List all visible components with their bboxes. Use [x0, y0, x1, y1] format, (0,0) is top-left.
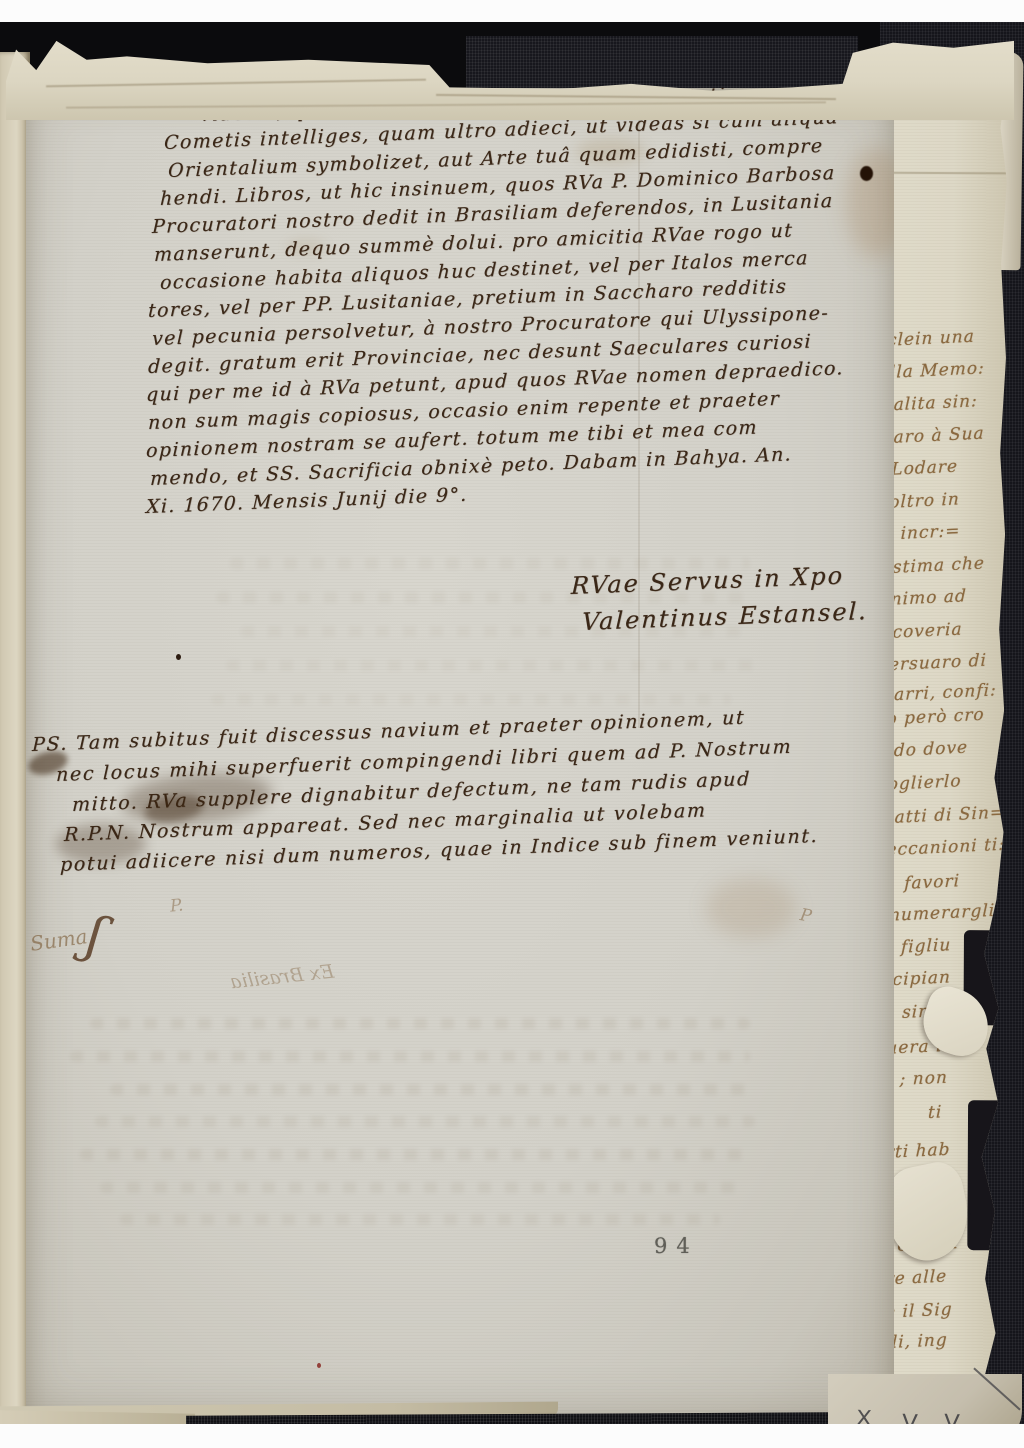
fragment-line: nimo ad: [891, 588, 967, 609]
bottom-left-page-edges: [0, 1410, 195, 1424]
fragment-line: lla Memo:: [890, 360, 985, 382]
stitch-mark: V: [944, 1411, 961, 1424]
fragment-line: oglierlo: [888, 773, 962, 794]
ghost-line: [100, 1182, 740, 1193]
ghost-line: [120, 1214, 720, 1225]
cover-corner: X V V: [828, 1374, 1022, 1424]
page-number-stamp: 94: [654, 1234, 699, 1258]
fragment-line: coveria: [892, 621, 962, 641]
fold-crease: [436, 94, 836, 100]
fragment-line: li, ing: [892, 1332, 948, 1352]
ghost-line: [241, 626, 741, 637]
fragment-line: numerargli: [889, 903, 996, 925]
show-through-ex-brasilia: Ex Brasilia: [229, 961, 335, 994]
stain: [706, 878, 796, 938]
show-through-p: P.: [169, 895, 184, 916]
stitch-mark: V: [902, 1411, 919, 1424]
fragment-line: parri, confi:: [882, 682, 997, 704]
stain: [846, 148, 894, 258]
fragment-line: ualita sin:: [882, 393, 978, 415]
ghost-line: [230, 558, 750, 569]
fragment-line: aro à Sua: [893, 425, 984, 446]
ghost-line: [226, 660, 756, 671]
ghost-line: [216, 592, 756, 603]
fold-crease: [46, 79, 426, 88]
show-through-p-small: P: [798, 905, 813, 927]
main-page: videtur, quemadmodum ex Epistola in diss…: [26, 88, 894, 1414]
fragment-line: rti hab: [886, 1142, 951, 1162]
photo-field: clein una lla Memo: ualita sin: aro à Su…: [0, 22, 1024, 1424]
fragment-line: e il Sig: [885, 1302, 953, 1322]
fragment-line: lo però cro: [880, 707, 985, 729]
show-through-suma: Suma: [29, 924, 89, 956]
fragment-line: ndo dove: [882, 740, 969, 761]
ghost-line: [80, 1149, 750, 1160]
fragment-line: stima che: [893, 555, 985, 576]
ink-speck: [860, 166, 873, 181]
letter-line: Xi. 1670. Mensis Junij die 9°.: [146, 486, 468, 517]
scratch-line: [973, 1368, 1020, 1411]
fold-crease: [66, 101, 826, 108]
ghost-line: [70, 1051, 750, 1062]
red-speck: [317, 1363, 321, 1368]
fragment-line: favori: [904, 873, 960, 893]
ghost-line: [211, 694, 731, 705]
fragment-line: ti: [928, 1104, 943, 1122]
ghost-line: [110, 1084, 750, 1095]
fragment-line: versuaro di: [878, 653, 987, 675]
fragment-line: atti di Sin=: [894, 805, 1005, 827]
ink-blot: [56, 824, 146, 864]
fragment-line: clein una: [887, 329, 975, 350]
ghost-line: [90, 1018, 750, 1029]
fragment-line: reccanioni ti:: [877, 837, 1005, 860]
fragment-line: a incr:=: [883, 523, 961, 544]
manuscript-photo: clein una lla Memo: ualita sin: aro à Su…: [0, 0, 1024, 1448]
scan-margin-bottom: [0, 1424, 1024, 1448]
ghost-line: [95, 1116, 755, 1127]
fragment-line: Lodare: [891, 459, 958, 479]
fragment-line: oltro in: [889, 491, 960, 511]
ink-speck: [176, 654, 181, 660]
stitch-mark: X: [856, 1407, 873, 1424]
scan-margin-top: [0, 0, 1024, 22]
